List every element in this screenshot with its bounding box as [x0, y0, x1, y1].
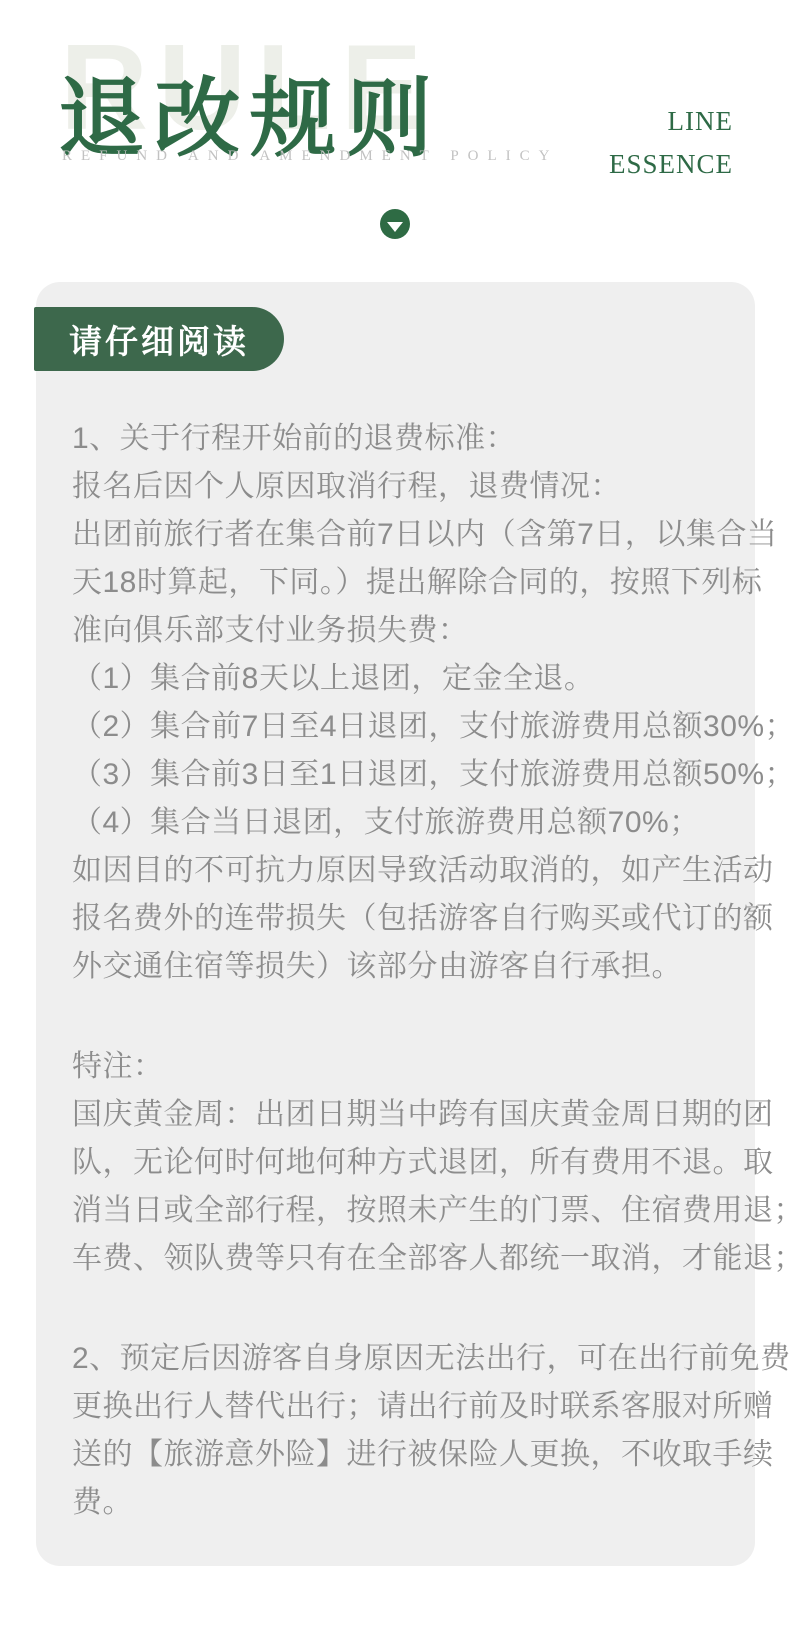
policy-line: 送的【旅游意外险】进行被保险人更换，不收取手续: [72, 1431, 725, 1479]
policy-line: 报名后因个人原因取消行程，退费情况：: [72, 463, 725, 511]
down-arrow-icon: [380, 209, 410, 239]
policy-line: 出团前旅行者在集合前7日以内（含第7日，以集合当: [72, 511, 725, 559]
policy-line: 2、预定后因游客自身原因无法出行，可在出行前免费: [72, 1335, 725, 1383]
policy-line: 车费、领队费等只有在全部客人都统一取消，才能退；: [72, 1235, 725, 1283]
policy-card: 请仔细阅读 1、关于行程开始前的退费标准： 报名后因个人原因取消行程，退费情况：…: [36, 282, 755, 1566]
refund-policy-page: RULE 退改规则 REFUND AND AMENDMENT POLICY LI…: [0, 0, 790, 1648]
policy-line: 如因目的不可抗力原因导致活动取消的，如产生活动: [72, 847, 725, 895]
page-subtitle: REFUND AND AMENDMENT POLICY: [62, 148, 559, 165]
brand-label: LINE ESSENCE: [609, 100, 733, 186]
policy-line: 特注：: [72, 1043, 725, 1091]
policy-line: 队，无论何时何地何种方式退团，所有费用不退。取: [72, 1139, 725, 1187]
read-carefully-badge: 请仔细阅读: [34, 307, 284, 371]
policy-line: 报名费外的连带损失（包括游客自行购买或代订的额: [72, 895, 725, 943]
brand-line1: LINE: [609, 100, 733, 143]
policy-line: （2）集合前7日至4日退团，支付旅游费用总额30%；: [72, 703, 725, 751]
policy-line: 费。: [72, 1479, 725, 1527]
policy-line: （3）集合前3日至1日退团，支付旅游费用总额50%；: [72, 751, 725, 799]
policy-line: 1、关于行程开始前的退费标准：: [72, 415, 725, 463]
policy-section-traveler-change: 2、预定后因游客自身原因无法出行，可在出行前免费 更换出行人替代出行；请出行前及…: [72, 1335, 725, 1527]
policy-line: 消当日或全部行程，按照未产生的门票、住宿费用退；: [72, 1187, 725, 1235]
policy-line: 外交通住宿等损失）该部分由游客自行承担。: [72, 943, 725, 991]
policy-body: 1、关于行程开始前的退费标准： 报名后因个人原因取消行程，退费情况： 出团前旅行…: [36, 371, 755, 1527]
policy-section-refund-standard: 1、关于行程开始前的退费标准： 报名后因个人原因取消行程，退费情况： 出团前旅行…: [72, 415, 725, 991]
brand-line2: ESSENCE: [609, 143, 733, 186]
policy-line: 更换出行人替代出行；请出行前及时联系客服对所赠: [72, 1383, 725, 1431]
policy-section-special-note: 特注： 国庆黄金周：出团日期当中跨有国庆黄金周日期的团 队，无论何时何地何种方式…: [72, 1043, 725, 1283]
policy-line: 天18时算起，下同。）提出解除合同的，按照下列标: [72, 559, 725, 607]
policy-line: （1）集合前8天以上退团，定金全退。: [72, 655, 725, 703]
policy-line: 准向俱乐部支付业务损失费：: [72, 607, 725, 655]
down-triangle-icon: [387, 222, 403, 232]
policy-line: 国庆黄金周：出团日期当中跨有国庆黄金周日期的团: [72, 1091, 725, 1139]
policy-line: （4）集合当日退团，支付旅游费用总额70%；: [72, 799, 725, 847]
